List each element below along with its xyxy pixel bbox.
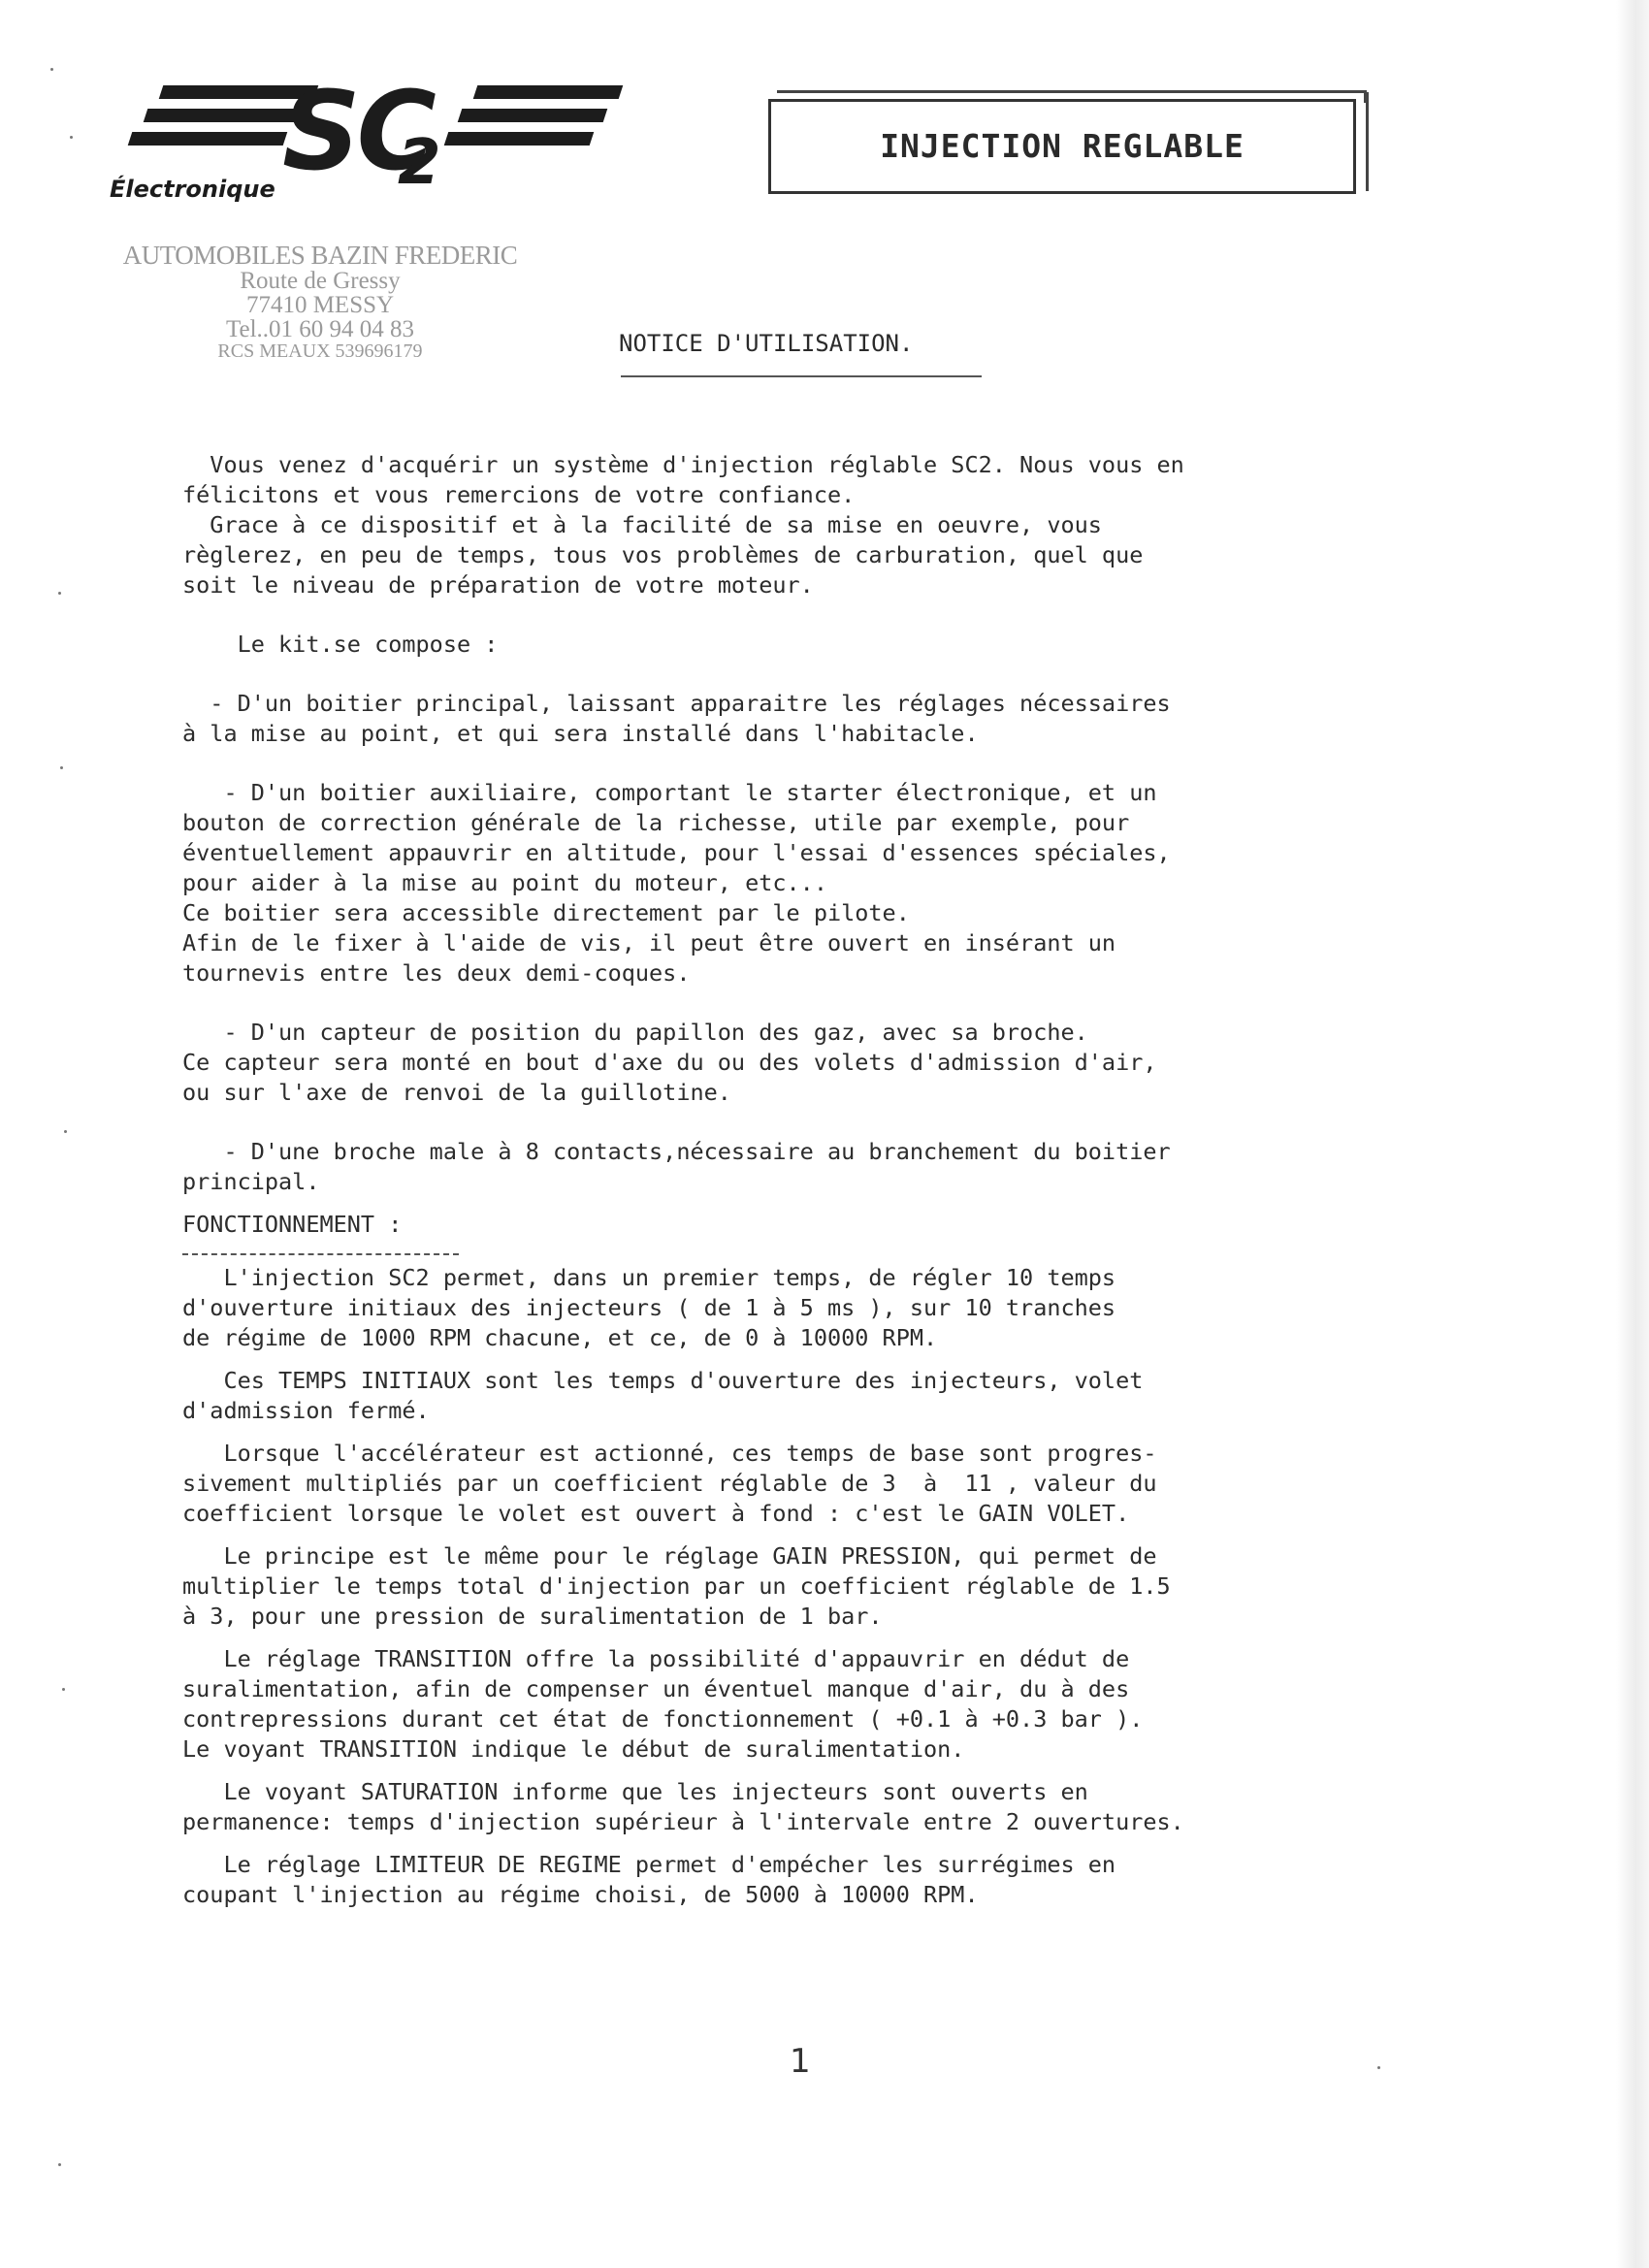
scan-edge	[1616, 0, 1649, 2268]
scan-speck	[70, 136, 73, 139]
text-line: contrepressions durant cet état de fonct…	[182, 1704, 1521, 1734]
scan-speck	[60, 766, 63, 769]
text-line: d'ouverture initiaux des injecteurs ( de…	[182, 1293, 1521, 1323]
paragraph: Le voyant SATURATION informe que les inj…	[182, 1777, 1521, 1837]
logo-stripe	[444, 132, 595, 146]
sc2-logo: SC 2 Électronique	[105, 83, 648, 205]
kit-heading: Le kit.se compose :	[182, 630, 1521, 660]
text-line: pour aider à la mise au point du moteur,…	[182, 868, 1521, 898]
logo-stripe	[473, 85, 624, 99]
notice-underline	[621, 375, 982, 377]
text-line: à 3, pour une pression de suralimentatio…	[182, 1602, 1521, 1632]
paragraph: Le réglage TRANSITION offre la possibili…	[182, 1644, 1521, 1765]
text-line: d'admission fermé.	[182, 1396, 1521, 1426]
text-line: à la mise au point, et qui sera installé…	[182, 719, 1521, 749]
paragraph: Le principe est le même pour le réglage …	[182, 1541, 1521, 1632]
text-line: Le réglage LIMITEUR DE REGIME permet d'e…	[182, 1850, 1521, 1880]
logo-stripe	[144, 109, 306, 122]
text-line: Afin de le fixer à l'aide de vis, il peu…	[182, 928, 1521, 958]
kit-item: - D'un boitier auxiliaire, comportant le…	[182, 778, 1521, 988]
text-line: permanence: temps d'injection supérieur …	[182, 1807, 1521, 1837]
stamp-street: Route de Gressy	[97, 269, 543, 293]
stamp-rcs: RCS MEAUX 539696179	[97, 341, 543, 361]
text-line: Lorsque l'accélérateur est actionné, ces…	[182, 1439, 1521, 1469]
stamp-company: AUTOMOBILES BAZIN FREDERIC	[97, 243, 543, 269]
notice-title: NOTICE D'UTILISATION.	[619, 330, 913, 357]
scan-speck	[1377, 2066, 1380, 2069]
text-line: Ces TEMPS INITIAUX sont les temps d'ouve…	[182, 1366, 1521, 1396]
logo-tagline: Électronique	[110, 176, 275, 203]
text-line: Le voyant SATURATION informe que les inj…	[182, 1777, 1521, 1807]
text-line: bouton de correction générale de la rich…	[182, 808, 1521, 838]
text-line: coefficient lorsque le volet est ouvert …	[182, 1499, 1521, 1529]
scan-speck	[58, 2163, 61, 2166]
text-line: Ce capteur sera monté en bout d'axe du o…	[182, 1048, 1521, 1078]
stamp-city: 77410 MESSY	[97, 293, 543, 317]
logo-subscript: 2	[398, 132, 441, 194]
text-line: - D'une broche male à 8 contacts,nécessa…	[182, 1137, 1521, 1167]
scan-speck	[64, 1130, 67, 1133]
text-line: principal.	[182, 1167, 1521, 1197]
logo-stripe	[128, 132, 288, 146]
text-line: Grace à ce dispositif et à la facilité d…	[182, 510, 1521, 540]
text-line: sivement multipliés par un coefficient r…	[182, 1469, 1521, 1499]
text-line: ou sur l'axe de renvoi de la guillotine.	[182, 1078, 1521, 1108]
kit-item: - D'une broche male à 8 contacts,nécessa…	[182, 1137, 1521, 1197]
text-line: tournevis entre les deux demi-coques.	[182, 958, 1521, 988]
paragraph: Lorsque l'accélérateur est actionné, ces…	[182, 1439, 1521, 1529]
text-line: règlerez, en peu de temps, tous vos prob…	[182, 540, 1521, 570]
stamp-phone: Tel..01 60 94 04 83	[97, 317, 543, 341]
text-line: soit le niveau de préparation de votre m…	[182, 570, 1521, 600]
heading-underline	[182, 1253, 459, 1255]
scan-speck	[50, 68, 53, 71]
intro-paragraph: Vous venez d'acquérir un système d'injec…	[182, 450, 1521, 600]
text-line: multiplier le temps total d'injection pa…	[182, 1571, 1521, 1602]
text-line: éventuellement appauvrir en altitude, po…	[182, 838, 1521, 868]
scan-speck	[58, 592, 61, 595]
text-line: Ce boitier sera accessible directement p…	[182, 898, 1521, 928]
text-line: Le principe est le même pour le réglage …	[182, 1541, 1521, 1571]
dealer-stamp: AUTOMOBILES BAZIN FREDERIC Route de Gres…	[97, 243, 543, 361]
document-body: Vous venez d'acquérir un système d'injec…	[182, 450, 1521, 1910]
text-line: de régime de 1000 RPM chacune, et ce, de…	[182, 1323, 1521, 1353]
kit-item: - D'un boitier principal, laissant appar…	[182, 689, 1521, 749]
paragraph: Le réglage LIMITEUR DE REGIME permet d'e…	[182, 1850, 1521, 1910]
text-line: suralimentation, afin de compenser un év…	[182, 1674, 1521, 1704]
text-line: - D'un boitier auxiliaire, comportant le…	[182, 778, 1521, 808]
text-line: Le voyant TRANSITION indique le début de…	[182, 1734, 1521, 1765]
scan-speck	[62, 1688, 65, 1691]
paragraph: L'injection SC2 permet, dans un premier …	[182, 1263, 1521, 1353]
document-title: INJECTION REGLABLE	[771, 127, 1353, 165]
text-line: Vous venez d'acquérir un système d'injec…	[182, 450, 1521, 480]
kit-item: - D'un capteur de position du papillon d…	[182, 1018, 1521, 1108]
logo-stripe	[458, 109, 608, 122]
fonctionnement-heading: FONCTIONNEMENT :	[182, 1210, 1521, 1240]
title-box: INJECTION REGLABLE	[768, 99, 1356, 194]
text-line: Le réglage TRANSITION offre la possibili…	[182, 1644, 1521, 1674]
text-line: félicitons et vous remercions de votre c…	[182, 480, 1521, 510]
text-line: - D'un capteur de position du papillon d…	[182, 1018, 1521, 1048]
paragraph: Ces TEMPS INITIAUX sont les temps d'ouve…	[182, 1366, 1521, 1426]
text-line: coupant l'injection au régime choisi, de…	[182, 1880, 1521, 1910]
page-number: 1	[790, 2042, 811, 2081]
text-line: - D'un boitier principal, laissant appar…	[182, 689, 1521, 719]
text-line: L'injection SC2 permet, dans un premier …	[182, 1263, 1521, 1293]
